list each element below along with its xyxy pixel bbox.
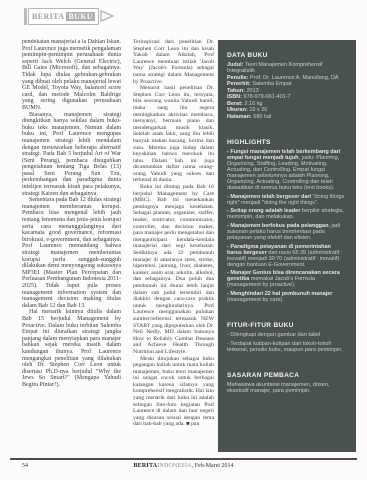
book-data-field: Penulis: Prof. Dr. Laurence A. Manullang… — [227, 75, 347, 81]
sasaran-pembaca-text: Mahasiswa akuntansi manajemen, dosen, ek… — [227, 382, 347, 394]
article-paragraph: Hal menarik lainnya ditulis dalam Bab 15… — [22, 309, 121, 388]
field-label: Penerbit: — [227, 81, 251, 87]
fitur-rest: - Terdapat kutipan-kutipan dari tokoh-to… — [227, 341, 343, 353]
logo-word-buku: BUKU — [66, 12, 94, 21]
article-paragraph: Biasanya, manajemen strategi diungkitkan… — [22, 112, 121, 198]
highlight-item: - Menghindari 22 hal pembunuh manajer (m… — [227, 291, 347, 303]
article-paragraph: Menurut hasil penelitian Dr. Stephen Cor… — [133, 85, 214, 184]
article-paragraph: Sementara pada Bab 12 diulas strategi ma… — [22, 197, 121, 309]
highlight-item: - Fungsi manajemen telah berkembang dari… — [227, 149, 347, 191]
highlight-item: - Manajer Genius bisa direncanakan secar… — [227, 270, 347, 288]
article-paragraph: Terinspirasi dari penelitian Dr. Stephen… — [133, 39, 214, 85]
fitur-rest: - Dilengkapi dengan gambar dan tabel — [227, 332, 320, 338]
footer-rule — [10, 458, 357, 460]
fitur-item: - Dilengkapi dengan gambar dan tabel — [227, 332, 347, 338]
book-data-field: Ukuran: 19 x 26 — [227, 107, 347, 113]
book-info-sidebar: DATA BUKU Judul: Teori Manajemen Kompreh… — [218, 40, 356, 452]
highlight-rest: (management by care). — [227, 297, 284, 303]
logo-word-berita: BERITA — [32, 12, 64, 21]
highlight-item: - Manajemen berfokus pada pelanggan, jad… — [227, 223, 347, 241]
data-buku-section: DATA BUKU Judul: Teori Manajemen Kompreh… — [227, 53, 347, 120]
pennant-icon — [100, 9, 114, 23]
book-data-field: Judul: Teori Manajemen Komprehensif Inte… — [227, 62, 347, 74]
data-buku-fields: Judul: Teori Manajemen Komprehensif Inte… — [227, 62, 347, 120]
berita-buku-logo: BERITA BUKU — [24, 7, 114, 25]
sasaran-pembaca-title: SASARAN PEMBACA — [227, 373, 347, 379]
field-value: 2.16 kg — [244, 101, 262, 107]
magazine-page: BERITA BUKU pendekatan manajerial a la D… — [0, 0, 367, 480]
field-label: Tahun: — [227, 88, 245, 94]
field-label: ISBN: — [227, 94, 242, 100]
fitur-buku-section: FITUR-FITUR BUKU - Dilengkapi dengan gam… — [227, 323, 347, 353]
field-value: Salemba Empat — [252, 81, 291, 87]
highlights-title: HIGHLIGHTS — [227, 140, 347, 146]
logo-box: BERITA BUKU — [28, 8, 99, 25]
field-value: 680 hal — [253, 114, 271, 120]
book-data-field: Berat: 2.16 kg — [227, 101, 347, 107]
field-value: 978-979-061-401-7 — [244, 94, 291, 100]
magazine-name-bold: BERITA — [133, 463, 157, 469]
highlight-item: - Paradigma pelayanan di pemerintahan ha… — [227, 244, 347, 268]
article-column-middle: Terinspirasi dari penelitian Dr. Stephen… — [133, 39, 214, 455]
issue-date: , Feb-Maret 2014 — [192, 463, 234, 469]
field-value: Prof. Dr. Laurence A. Manullang, DA — [250, 75, 339, 81]
data-buku-title: DATA BUKU — [227, 53, 347, 59]
logo-left-bar — [24, 8, 27, 25]
article-column-left: pendekatan manajerial a la Dahlan Iskan.… — [22, 39, 121, 455]
footer-magazine-line: BERITAINDONESIA, Feb-Maret 2014 — [0, 463, 367, 469]
article-paragraph: Buku ini ditutup pada Bab 16 berjudul Ma… — [133, 184, 214, 355]
highlight-item: - Manajemen telah bergeser dari "doing t… — [227, 194, 347, 206]
field-label: Ukuran: — [227, 107, 248, 113]
book-data-field: Halaman: 680 hal — [227, 114, 347, 120]
book-data-field: Tahun: 2013 — [227, 88, 347, 94]
highlights-section: HIGHLIGHTS - Fungsi manajemen telah berk… — [227, 140, 347, 303]
magazine-name-light: INDONESIA — [157, 463, 191, 469]
book-data-field: Penerbit: Salemba Empat — [227, 81, 347, 87]
sasaran-pembaca-section: SASARAN PEMBACA Mahasiswa akuntansi mana… — [227, 373, 347, 394]
highlight-rest: , yaitu: Planning, Organizing, Staffing,… — [227, 155, 339, 191]
field-value: 19 x 26 — [249, 107, 267, 113]
article-paragraph: pendekatan manajerial a la Dahlan Iskan.… — [22, 39, 121, 112]
field-label: Berat: — [227, 101, 243, 107]
fitur-item: - Terdapat kutipan-kutipan dari tokoh-to… — [227, 341, 347, 353]
field-label: Penulis: — [227, 75, 248, 81]
highlight-item: - Setiap orang adalah leader berpikir st… — [227, 208, 347, 220]
field-value: 2013 — [246, 88, 258, 94]
fitur-buku-title: FITUR-FITUR BUKU — [227, 323, 347, 329]
highlights-list: - Fungsi manajemen telah berkembang dari… — [227, 149, 347, 303]
fitur-buku-list: - Dilengkapi dengan gambar dan tabel- Te… — [227, 332, 347, 353]
article-paragraph: Meski ditujukan sebagai buku pegangan ku… — [133, 356, 214, 429]
field-label: Halaman: — [227, 114, 252, 120]
book-data-field: ISBN: 978-979-061-401-7 — [227, 94, 347, 100]
